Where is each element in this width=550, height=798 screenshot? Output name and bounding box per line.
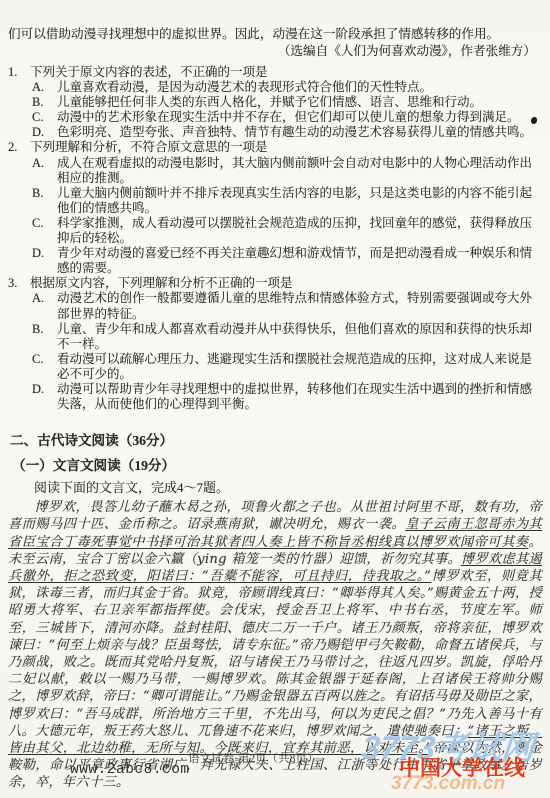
- question-stem-text: 下列理解和分析，不符合原文意思的一项是: [30, 140, 268, 154]
- option-D: D.动漫可以帮助青少年寻找理想中的虚拟世界，转移他们在现实生活中遇到的挫折和情感…: [8, 382, 542, 412]
- option-label: D.: [32, 246, 44, 261]
- footer-page-label: 语文试卷·第2页（共8页）: [188, 750, 318, 766]
- option-text: 儿童、青少年和成人都喜欢看动漫并从中获得快乐，但他们喜欢的原因和获得的快乐却不一…: [57, 322, 532, 351]
- question-stem-row: 1.下列关于原文内容的表述，不正确的一项是: [8, 65, 542, 80]
- question-2: 2.下列理解和分析，不符合原文意思的一项是A.成人在观看虚拟的动漫电影时，其大脑…: [8, 140, 542, 276]
- option-label: C.: [32, 216, 43, 231]
- option-A: A.动漫艺术的创作一般都要遵循儿童的思维特点和情感体验方式，特别需要强调或夸大外…: [8, 291, 542, 321]
- option-label: C.: [32, 110, 43, 125]
- option-label: A.: [32, 156, 44, 171]
- passage-segment: 博罗欢至，则竟其狱，诛毒三者，而归其金于省。狱竟，帝顾谓线真曰：“卿举得其人矣。…: [8, 569, 542, 739]
- option-C: C.动漫中的艺术形象在现实生活中并不存在，但它们却可以使儿童的想象力得到满足。: [8, 110, 542, 125]
- option-D: D.色彩明亮、造型夸张、声音独特、情节有趣生动的动漫艺术容易获得儿童的情感共鸣。: [8, 125, 542, 140]
- option-label: D.: [32, 125, 44, 140]
- question-3: 3.根据原文内容，下列理解和分析不正确的一项是A.动漫艺术的创作一般都要遵循儿童…: [8, 276, 542, 412]
- option-label: C.: [32, 352, 43, 367]
- question-1: 1.下列关于原文内容的表述，不正确的一项是A.儿童喜欢看动漫，是因为动漫艺术的表…: [8, 65, 542, 140]
- option-text: 青少年对动漫的喜爱已经不再关注童趣幻想和游戏情节，而是把动漫看成一种娱乐和情感的…: [57, 246, 532, 275]
- option-label: B.: [32, 322, 43, 337]
- source-attribution: （选编自《人们为何喜欢动漫》，作者张维方）: [8, 43, 542, 60]
- option-label: A.: [32, 80, 44, 95]
- question-number: 3.: [8, 276, 30, 291]
- watermark-university-online: 中国大学在线: [399, 752, 525, 782]
- option-label: A.: [32, 291, 44, 306]
- option-A: A.儿童喜欢看动漫，是因为动漫艺术的表现形式符合他们的天性特点。: [8, 80, 542, 95]
- page-content: 们可以借助动漫寻找理想中的虚拟世界。因此，动漫在这一阶段承担了情感转移的作用。 …: [0, 0, 550, 792]
- option-text: 成人在观看虚拟的动漫电影时，其大脑内侧前额叶会自动对电影中的人物心理活动作出相应…: [57, 156, 532, 185]
- option-text: 动漫中的艺术形象在现实生活中并不存在，但它们却可以使儿童的想象力得到满足。: [57, 110, 520, 124]
- option-A: A.成人在观看虚拟的动漫电影时，其大脑内侧前额叶会自动对电影中的人物心理活动作出…: [8, 156, 542, 186]
- option-label: B.: [32, 95, 43, 110]
- question-number: 2.: [8, 140, 30, 155]
- option-C: C.看动漫可以疏解心理压力、逃避现实生活和摆脱社会规范造成的压抑，这对成人来说是…: [8, 352, 542, 382]
- option-B: B.儿童能够把任何非人类的东西人格化，并赋予它们情感、语言、思维和行动。: [8, 95, 542, 110]
- section-subtitle: （一）文言文阅读（19分）: [8, 454, 542, 474]
- option-text: 儿童大脑内侧前额叶并不排斥表现真实生活内容的电影，只是这类电影的内容不能引起他们…: [57, 186, 532, 215]
- option-text: 看动漫可以疏解心理压力、逃避现实生活和摆脱社会规范造成的压抑，这对成人来说是必不…: [57, 352, 532, 381]
- scanned-exam-page: 们可以借助动漫寻找理想中的虚拟世界。因此，动漫在这一阶段承担了情感转移的作用。 …: [0, 0, 550, 798]
- option-label: D.: [32, 382, 44, 397]
- option-text: 动漫可以帮助青少年寻找理想中的虚拟世界，转移他们在现实生活中遇到的挫折和情感失落…: [57, 382, 532, 411]
- option-text: 科学家推测，成人看动漫可以摆脱社会规范造成的压抑，找回童年的感觉，获得释放压抑后…: [57, 216, 532, 245]
- option-B: B.儿童、青少年和成人都喜欢看动漫并从中获得快乐，但他们喜欢的原因和获得的快乐却…: [8, 322, 542, 352]
- section-title: 二、古代诗文阅读（36分）: [8, 429, 542, 449]
- option-label: B.: [32, 186, 43, 201]
- question-stem-text: 根据原文内容，下列理解和分析不正确的一项是: [30, 276, 293, 290]
- question-stem-text: 下列关于原文内容的表述，不正确的一项是: [30, 65, 268, 79]
- option-text: 色彩明亮、造型夸张、声音独特、情节有趣生动的动漫艺术容易获得儿童的情感共鸣。: [57, 125, 532, 139]
- option-text: 儿童喜欢看动漫，是因为动漫艺术的表现形式符合他们的天性特点。: [57, 80, 432, 94]
- option-D: D.青少年对动漫的喜爱已经不再关注童趣幻想和游戏情节，而是把动漫看成一种娱乐和情…: [8, 246, 542, 276]
- option-B: B.儿童大脑内侧前额叶并不排斥表现真实生活内容的电影，只是这类电影的内容不能引起…: [8, 186, 542, 216]
- questions-list: 1.下列关于原文内容的表述，不正确的一项是A.儿童喜欢看动漫，是因为动漫艺术的表…: [8, 65, 542, 412]
- passage-instruction: 阅读下面的文言文，完成4～7题。: [8, 477, 542, 496]
- footer-site-url: www.2abc8.com: [70, 762, 190, 778]
- option-text: 动漫艺术的创作一般都要遵循儿童的思维特点和情感体验方式，特别需要强调或夸大外部世…: [57, 291, 532, 320]
- option-text: 儿童能够把任何非人类的东西人格化，并赋予它们情感、语言、思维和行动。: [57, 95, 482, 109]
- option-C: C.科学家推测，成人看动漫可以摆脱社会规范造成的压抑，找回童年的感觉，获得释放压…: [8, 216, 542, 246]
- question-stem-row: 2.下列理解和分析，不符合原文意思的一项是: [8, 140, 542, 155]
- question-number: 1.: [8, 65, 30, 80]
- body-continuation-text: 们可以借助动漫寻找理想中的虚拟世界。因此，动漫在这一阶段承担了情感转移的作用。: [8, 26, 542, 43]
- question-stem-row: 3.根据原文内容，下列理解和分析不正确的一项是: [8, 276, 542, 291]
